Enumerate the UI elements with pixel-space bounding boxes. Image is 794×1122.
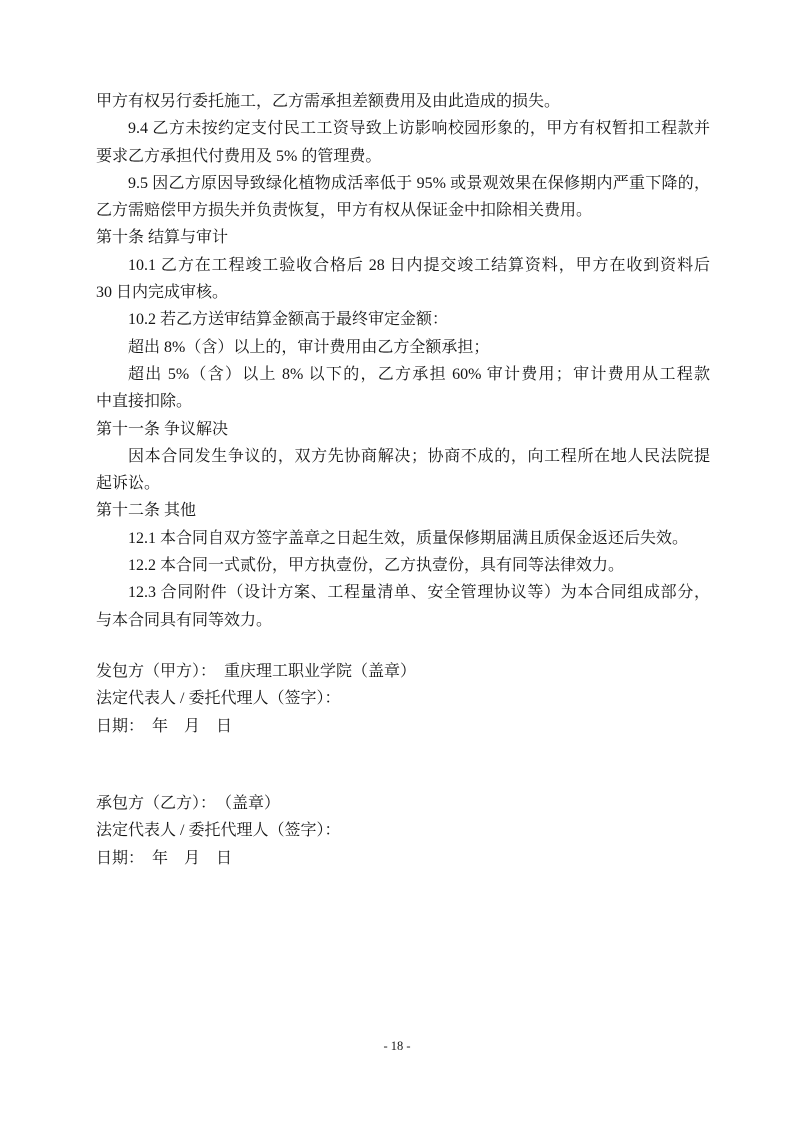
- clause-10-1-line: 10.1 乙方在工程竣工验收合格后 28 日内提交竣工结算资料，甲方在收到资料后: [96, 252, 710, 279]
- clause-11-line: 起诉讼。: [96, 470, 710, 497]
- clause-12-3-line: 12.3 合同附件（设计方案、工程量清单、安全管理协议等）为本合同组成部分，: [96, 579, 710, 606]
- contract-body: 甲方有权另行委托施工，乙方需承担差额费用及由此造成的损失。9.4 乙方未按约定支…: [96, 88, 710, 634]
- clause-10-1-line: 30 日内完成审核。: [96, 279, 710, 306]
- clause-10-2-line: 超出 8%（含）以上的，审计费用由乙方全额承担；: [96, 334, 710, 361]
- party-a-date-line: 日期： 年 月 日: [96, 713, 710, 740]
- clause-12-1-line: 12.1 本合同自双方签字盖章之日起生效，质量保修期届满且质保金返还后失效。: [96, 525, 710, 552]
- clause-9-5-line: 乙方需赔偿甲方损失并负责恢复，甲方有权从保证金中扣除相关费用。: [96, 197, 710, 224]
- clause-12-3-line: 与本合同具有同等效力。: [96, 607, 710, 634]
- clause-9-4-line: 要求乙方承担代付费用及 5% 的管理费。: [96, 143, 710, 170]
- clause-11-line: 因本合同发生争议的，双方先协商解决；协商不成的，向工程所在地人民法院提: [96, 443, 710, 470]
- clause-9-4-line: 9.4 乙方未按约定支付民工工资导致上访影响校园形象的，甲方有权暂扣工程款并: [96, 115, 710, 142]
- page-number: - 18 -: [383, 1039, 410, 1053]
- clause-continuation-line: 甲方有权另行委托施工，乙方需承担差额费用及由此造成的损失。: [96, 88, 710, 115]
- clause-10-2-line: 超出 5%（含）以上 8% 以下的，乙方承担 60% 审计费用；审计费用从工程款: [96, 361, 710, 388]
- party-b-representative-line: 法定代表人 / 委托代理人（签字）：: [96, 817, 710, 844]
- clause-10-2-line: 10.2 若乙方送审结算金额高于最终审定金额：: [96, 306, 710, 333]
- section-heading-article-12: 第十二条 其他: [96, 497, 710, 524]
- clause-9-5-line: 9.5 因乙方原因导致绿化植物成活率低于 95% 或景观效果在保修期内严重下降的…: [96, 170, 710, 197]
- party-a-title-line: 发包方（甲方）： 重庆理工职业学院（盖章）: [96, 658, 710, 685]
- party-b-date-line: 日期： 年 月 日: [96, 845, 710, 872]
- section-heading-article-10: 第十条 结算与审计: [96, 224, 710, 251]
- clause-12-2-line: 12.2 本合同一式贰份，甲方执壹份，乙方执壹份，具有同等法律效力。: [96, 552, 710, 579]
- page-footer: - 18 -: [0, 1038, 794, 1054]
- party-a-representative-line: 法定代表人 / 委托代理人（签字）：: [96, 685, 710, 712]
- document-page: 甲方有权另行委托施工，乙方需承担差额费用及由此造成的损失。9.4 乙方未按约定支…: [0, 0, 794, 1122]
- party-b-signature-block: 承包方（乙方）： （盖章）法定代表人 / 委托代理人（签字）：日期： 年 月 日: [96, 790, 710, 872]
- section-heading-article-11: 第十一条 争议解决: [96, 416, 710, 443]
- clause-10-2-line: 中直接扣除。: [96, 388, 710, 415]
- party-a-signature-block: 发包方（甲方）： 重庆理工职业学院（盖章）法定代表人 / 委托代理人（签字）：日…: [96, 658, 710, 740]
- party-b-title-line: 承包方（乙方）： （盖章）: [96, 790, 710, 817]
